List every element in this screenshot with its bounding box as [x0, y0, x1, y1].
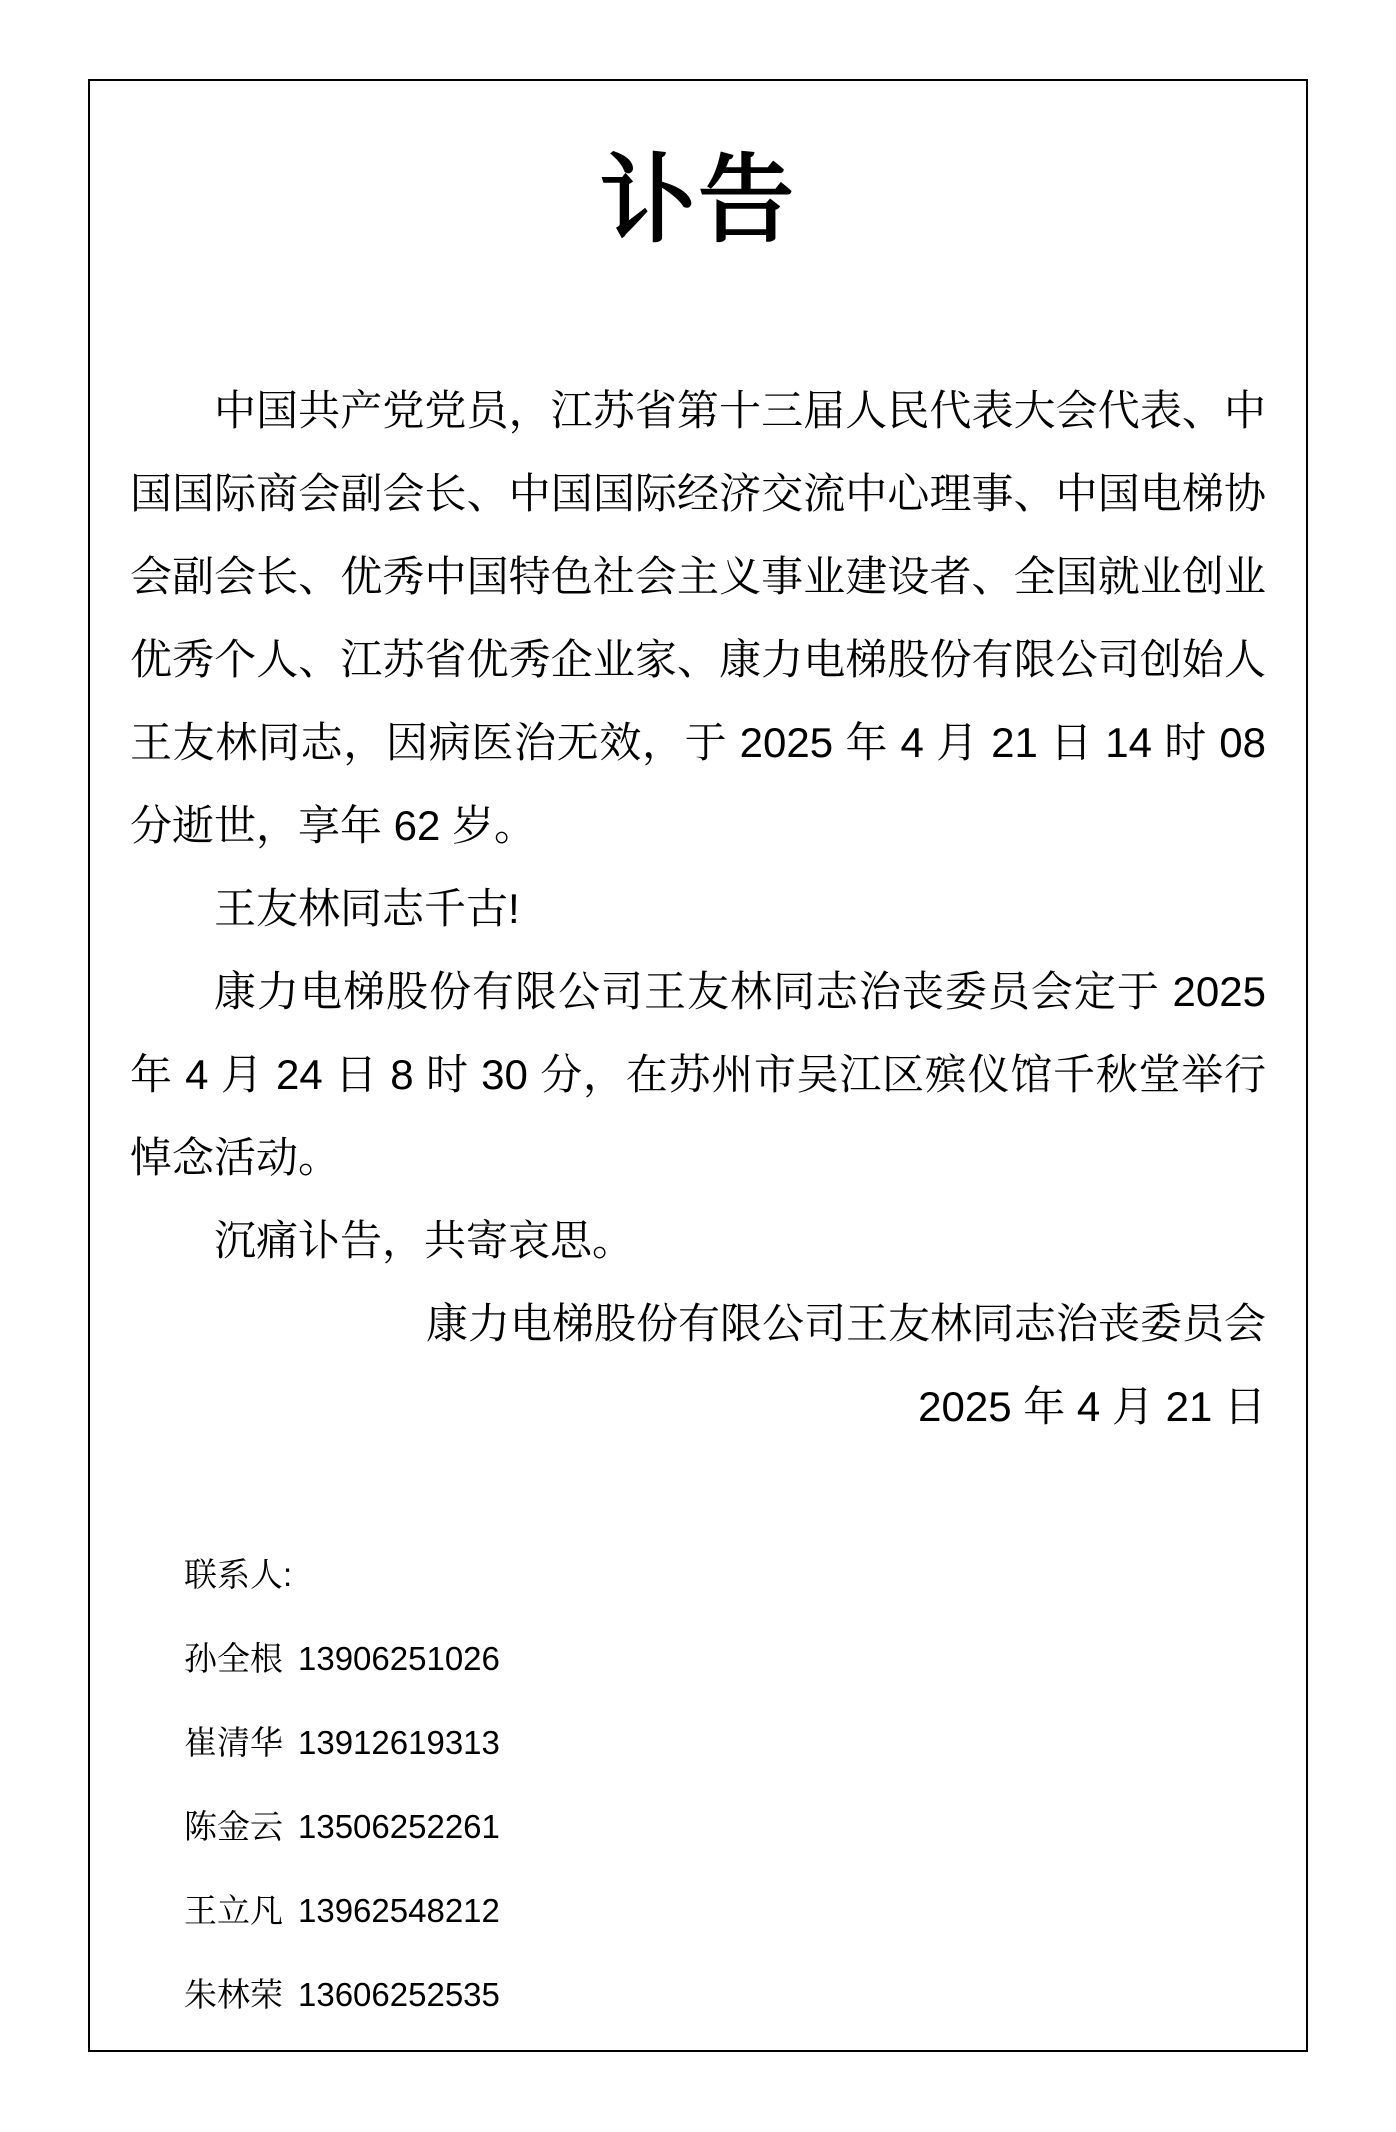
- contact-phone: 13912619313: [298, 1724, 500, 1761]
- body-line: 会副会长、优秀中国特色社会主义事业建设者、全国就业创业: [130, 535, 1266, 618]
- contact-name: 崔清华: [184, 1724, 283, 1761]
- body-line: 分逝世，享年 62 岁。: [130, 784, 1266, 867]
- signature-date: 2025 年 4 月 21 日: [130, 1365, 1266, 1448]
- contact-row: 陈金云13506252261: [184, 1785, 1266, 1869]
- contact-row: 王立凡13962548212: [184, 1869, 1266, 1953]
- body-line: 国国际商会副会长、中国国际经济交流中心理事、中国电梯协: [130, 452, 1266, 535]
- contact-phone: 13506252261: [298, 1808, 500, 1845]
- body-line: 悼念活动。: [130, 1116, 1266, 1199]
- committee-signature: 康力电梯股份有限公司王友林同志治丧委员会: [130, 1282, 1266, 1365]
- obituary-sheet: 讣告 中国共产党党员，江苏省第十三届人民代表大会代表、中 国国际商会副会长、中国…: [88, 79, 1308, 2052]
- contact-name: 陈金云: [184, 1808, 283, 1845]
- contact-phone: 13962548212: [298, 1892, 500, 1929]
- document-body: 中国共产党党员，江苏省第十三届人民代表大会代表、中 国国际商会副会长、中国国际经…: [130, 369, 1266, 1448]
- contact-row: 朱林荣13606252535: [184, 1953, 1266, 2037]
- document-title: 讣告: [130, 81, 1266, 256]
- contact-phone: 13606252535: [298, 1976, 500, 2013]
- obituary-page: 讣告 中国共产党党员，江苏省第十三届人民代表大会代表、中 国国际商会副会长、中国…: [0, 0, 1396, 2132]
- contacts-section: 联系人: 孙全根13906251026 崔清华13912619313 陈金云13…: [184, 1533, 1266, 2037]
- contact-row: 崔清华13912619313: [184, 1701, 1266, 1785]
- body-line: 优秀个人、江苏省优秀企业家、康力电梯股份有限公司创始人: [130, 618, 1266, 701]
- contact-phone: 13906251026: [298, 1640, 500, 1677]
- contacts-label: 联系人:: [184, 1533, 1266, 1617]
- contact-name: 朱林荣: [184, 1976, 283, 2013]
- contact-row: 孙全根13906251026: [184, 1617, 1266, 1701]
- body-line: 王友林同志千古!: [130, 867, 1266, 950]
- body-line: 年 4 月 24 日 8 时 30 分，在苏州市吴江区殡仪馆千秋堂举行: [130, 1033, 1266, 1116]
- body-line: 沉痛讣告，共寄哀思。: [130, 1199, 1266, 1282]
- body-line: 康力电梯股份有限公司王友林同志治丧委员会定于 2025: [130, 950, 1266, 1033]
- contact-name: 王立凡: [184, 1892, 283, 1929]
- body-line: 王友林同志，因病医治无效，于 2025 年 4 月 21 日 14 时 08: [130, 701, 1266, 784]
- body-line: 中国共产党党员，江苏省第十三届人民代表大会代表、中: [130, 369, 1266, 452]
- contact-name: 孙全根: [184, 1640, 283, 1677]
